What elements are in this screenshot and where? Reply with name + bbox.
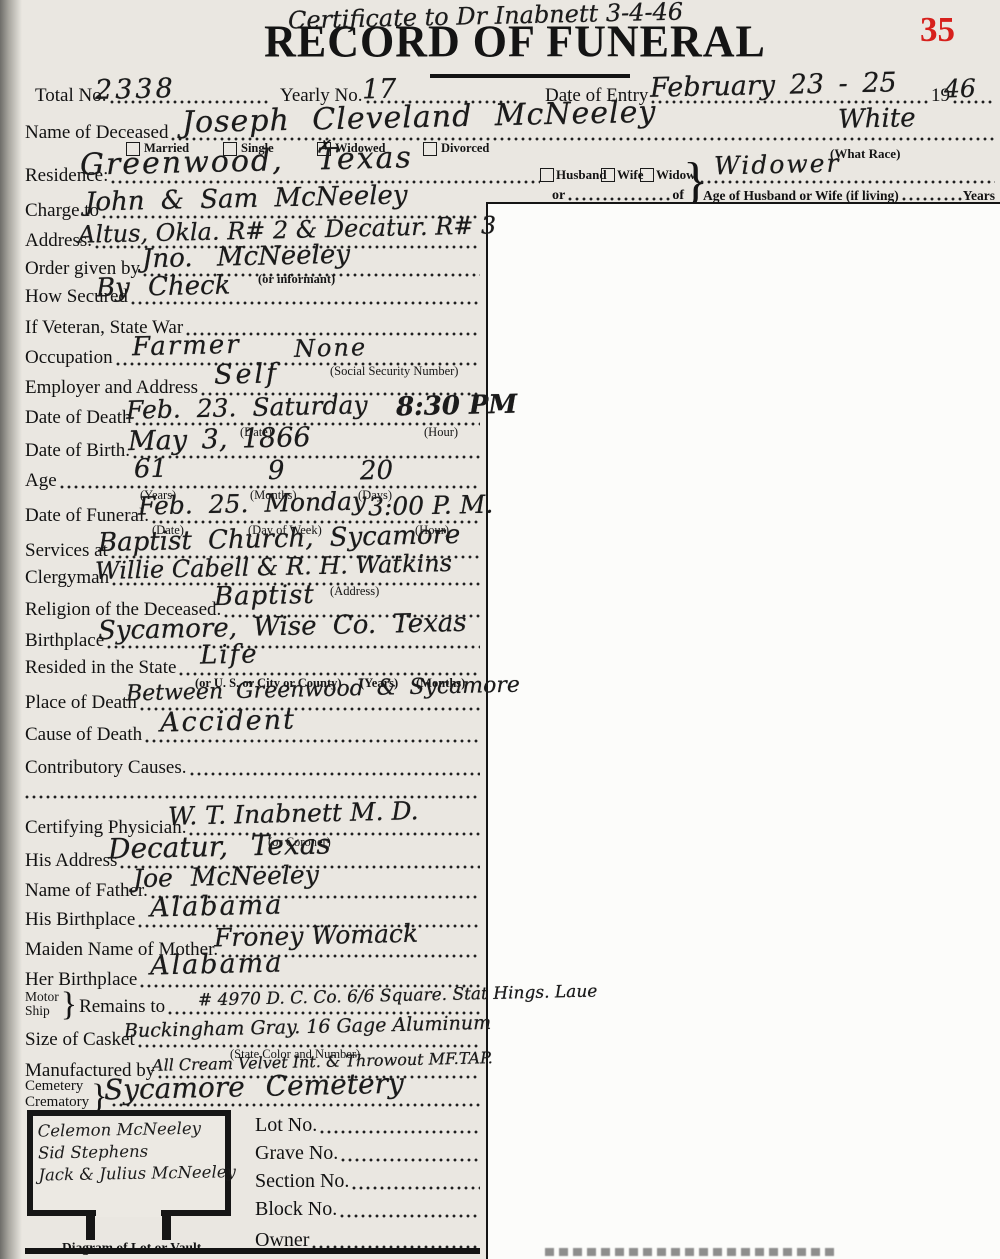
age-label: Age [25, 470, 57, 492]
dotted-line [902, 197, 963, 201]
occupation-label: Occupation [25, 347, 113, 369]
father-label: Name of Father. [25, 880, 148, 902]
dotted-line [145, 739, 480, 743]
diagram-leg-right [162, 1215, 171, 1240]
race-hint: (What Race) [830, 146, 900, 162]
date-of-birth-value: May 3, 1866 [128, 422, 311, 457]
husband-checkbox [540, 168, 554, 182]
order-given-by-value: Jno. McNeeley [142, 240, 351, 275]
or-of-row: or of [552, 184, 684, 204]
crematory-label: Crematory [25, 1094, 89, 1110]
date-of-funeral-label: Date of Funeral. [25, 505, 149, 527]
cemetery-label: Cemetery [25, 1078, 89, 1094]
blank-region [486, 202, 1000, 1259]
ssn-value: None [294, 333, 368, 363]
widow-checkbox [640, 168, 654, 182]
birthplace-label: Birthplace [25, 630, 104, 652]
age-of-spouse-row: Age of Husband or Wife (if living) Years [703, 184, 995, 204]
divorced-label: Divorced [441, 141, 489, 156]
title-rule [430, 74, 630, 78]
mother-value: Froney Womack [214, 919, 419, 953]
her-birthplace-value: Alabama [150, 947, 284, 981]
section-no-label: Section No. [255, 1170, 349, 1193]
scan-shadow [0, 0, 22, 1259]
dotted-line [341, 1158, 480, 1162]
motor-ship-stack: Motor Ship [25, 990, 59, 1018]
funeral-record-page: Certificate to Dr Inabnett 3-4-46 RECORD… [0, 0, 1000, 1259]
cemetery-value: Sycamore Cemetery [104, 1067, 404, 1107]
his-birthplace-label: His Birthplace [25, 909, 135, 931]
race-value: White [838, 103, 916, 135]
checkbox-husband: Husband [540, 167, 607, 183]
lot-no-label: Lot No. [255, 1114, 317, 1137]
section-no-row: Section No. [255, 1167, 480, 1193]
husband-label: Husband [556, 167, 607, 183]
block-no-row: Block No. [255, 1195, 480, 1221]
diagram-name-1: Celemon McNeeley [37, 1117, 219, 1142]
motor-ship-brace: } [61, 992, 77, 1018]
motor-label: Motor [25, 990, 59, 1004]
funeral-hour-value: 3:00 P. M. [368, 490, 494, 522]
wife-checkbox [601, 168, 615, 182]
grave-no-label: Grave No. [255, 1142, 338, 1165]
his-address-label: His Address [25, 850, 117, 872]
physician-value: W. T. Inabnett M. D. [168, 796, 419, 831]
his-birthplace-value: Alabama [150, 889, 284, 923]
date-of-death-label: Date of Death [25, 407, 132, 429]
cemetery-stack: Cemetery Crematory [25, 1078, 89, 1110]
spouse-value: Widower [714, 149, 841, 181]
father-value: Joe McNeeley [133, 860, 319, 893]
date-of-funeral-value: Feb. 25. Monday [138, 486, 367, 520]
cause-of-death-label: Cause of Death [25, 724, 142, 746]
resided-value: Life [200, 639, 259, 670]
cause-of-death-value: Accident [160, 704, 297, 738]
diagram-bottom-gap [96, 1210, 161, 1217]
diagram-name-2: Sid Stephens [38, 1139, 220, 1164]
age-years-value: 61 [134, 454, 168, 485]
lot-no-row: Lot No. [255, 1111, 480, 1137]
age-months-value: 9 [268, 456, 285, 486]
block-no-label: Block No. [255, 1198, 337, 1221]
how-secured-value: By Check [96, 270, 231, 303]
date-of-death-value: Feb. 23. Saturday [126, 390, 368, 424]
employer-value: Self [214, 358, 280, 390]
remains-to-label: Remains to [79, 996, 165, 1018]
grave-no-row: Grave No. [255, 1139, 480, 1165]
lot-diagram-box: Celemon McNeeley Sid Stephens Jack & Jul… [27, 1110, 231, 1216]
divorced-checkbox [423, 142, 437, 156]
date-of-entry-value: February 23 - 25 [650, 67, 897, 104]
veteran-row: If Veteran, State War [25, 313, 480, 339]
dotted-line [107, 645, 480, 649]
age-days-value: 20 [360, 456, 394, 487]
dotted-line [320, 1130, 480, 1134]
place-of-death-label: Place of Death [25, 692, 137, 714]
casket-label: Size of Casket [25, 1029, 135, 1051]
cutoff-print-smudge [545, 1248, 835, 1256]
bottom-rule [25, 1248, 480, 1254]
page-number: 35 [920, 10, 955, 50]
date-of-birth-label: Date of Birth. [25, 440, 130, 462]
resided-label: Resided in the State [25, 657, 176, 679]
dotted-line [340, 1214, 480, 1218]
checkbox-divorced: Divorced [423, 141, 489, 156]
ship-label: Ship [25, 1004, 59, 1018]
checkbox-wife: Wife [601, 167, 643, 183]
year-value: 46 [944, 74, 976, 104]
hour-of-death-value: 8:30 PM [396, 390, 518, 423]
religion-value: Baptist [214, 580, 315, 612]
occupation-value: Farmer [132, 330, 241, 362]
diagram-leg-left [86, 1215, 95, 1240]
total-no-value: 2338 [95, 73, 176, 106]
diagram-name-3: Jack & Julius McNeeley [38, 1161, 220, 1186]
how-secured-row: How Secured [25, 282, 480, 308]
dotted-line [131, 301, 480, 305]
dotted-line [568, 197, 672, 201]
dotted-line [352, 1186, 480, 1190]
page-title: RECORD OF FUNERAL [15, 15, 1000, 68]
